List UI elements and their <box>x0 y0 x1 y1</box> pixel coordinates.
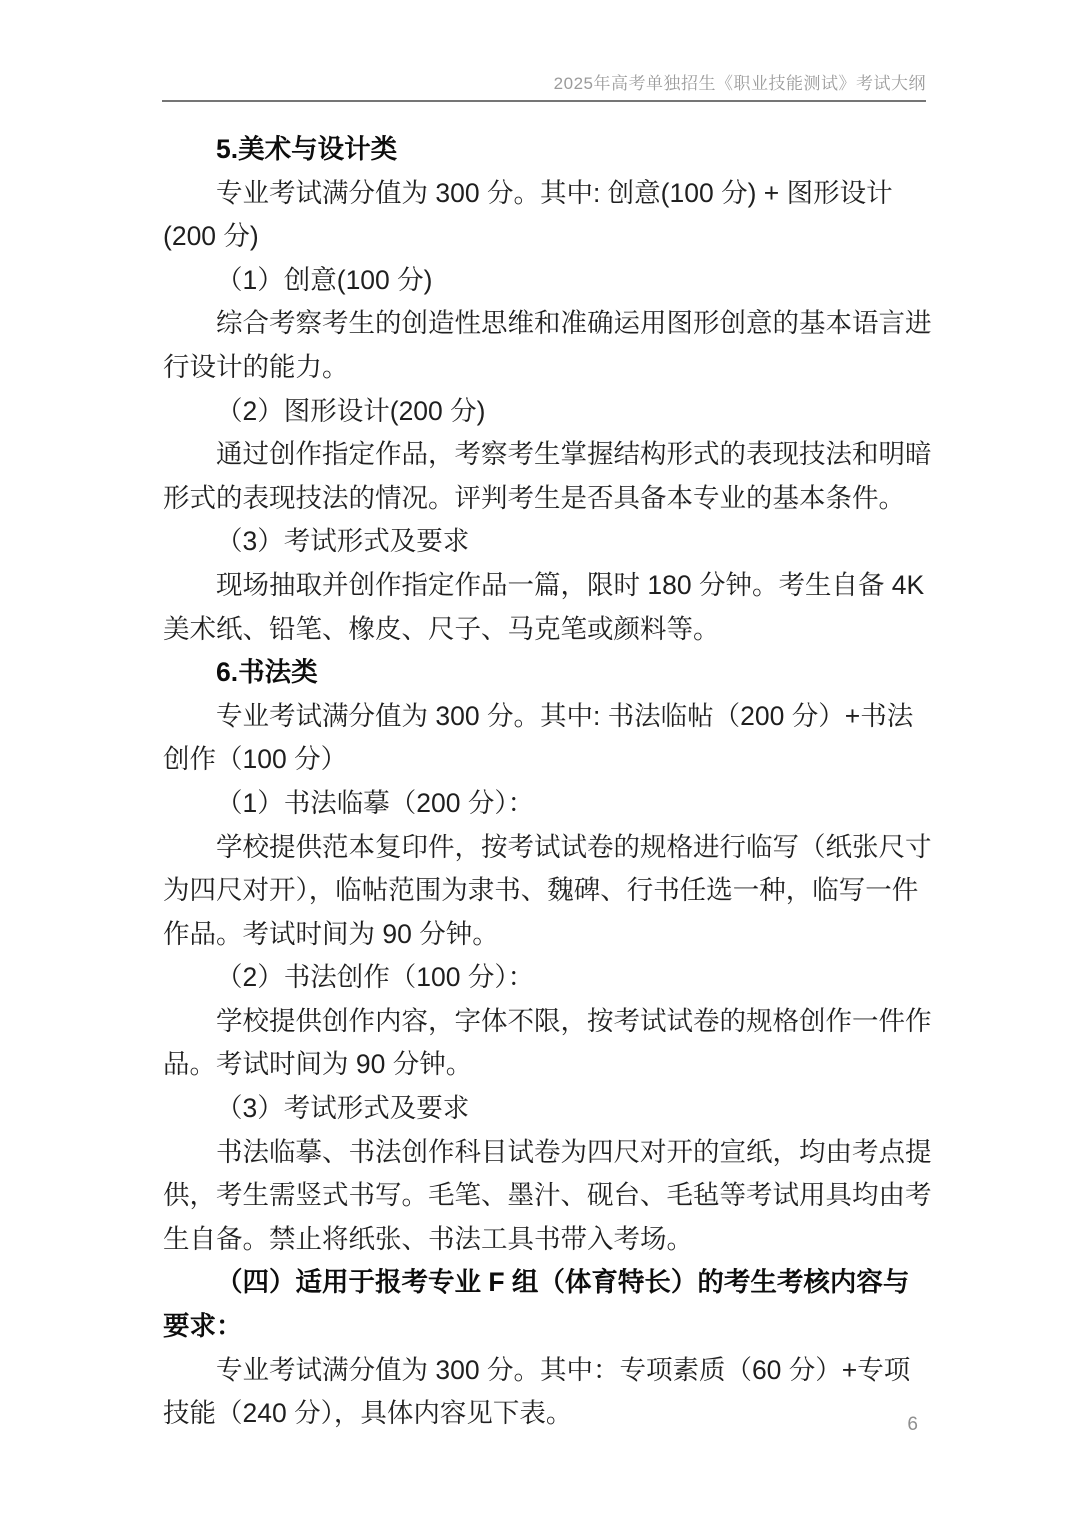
section-5-intro-paragraph: 专业考试满分值为 300 分。其中: 创意(100 分) + 图形设计(200 … <box>163 172 935 259</box>
section-6-item-2-body: 学校提供创作内容，字体不限，按考试试卷的规格创作一件作品。考试时间为 90 分钟… <box>163 1000 935 1087</box>
section-5-item-1: （1）创意(100 分) <box>163 259 935 303</box>
page-number: 6 <box>907 1414 918 1436</box>
section-5-item-3-body: 现场抽取并创作指定作品一篇，限时 180 分钟。考生自备 4K 美术纸、铅笔、橡… <box>163 564 935 651</box>
document-page: 2025年高考单独招生《职业技能测试》考试大纲 5.美术与设计类 专业考试满分值… <box>0 0 1080 1527</box>
section-group-f-heading: （四）适用于报考专业 F 组（体育特长）的考生考核内容与要求： <box>163 1261 935 1348</box>
section-6-item-3: （3）考试形式及要求 <box>163 1087 935 1131</box>
section-6-item-3-body: 书法临摹、书法创作科目试卷为四尺对开的宣纸，均由考点提供，考生需竖式书写。毛笔、… <box>163 1131 935 1262</box>
section-6-intro-paragraph: 专业考试满分值为 300 分。其中: 书法临帖（200 分）+书法创作（100 … <box>163 695 935 782</box>
section-6-heading: 6.书法类 <box>163 651 935 695</box>
section-group-f-paragraph: 专业考试满分值为 300 分。其中：专项素质（60 分）+专项技能（240 分）… <box>163 1349 935 1436</box>
section-5-heading: 5.美术与设计类 <box>163 128 935 172</box>
section-5-item-1-body: 综合考察考生的创造性思维和准确运用图形创意的基本语言进行设计的能力。 <box>163 302 935 389</box>
section-5-item-3: （3）考试形式及要求 <box>163 520 935 564</box>
section-5-item-2: （2）图形设计(200 分) <box>163 390 935 434</box>
header-divider-line <box>162 100 926 102</box>
section-6-item-1: （1）书法临摹（200 分）： <box>163 782 935 826</box>
document-body: 5.美术与设计类 专业考试满分值为 300 分。其中: 创意(100 分) + … <box>163 128 935 1436</box>
page-header-title: 2025年高考单独招生《职业技能测试》考试大纲 <box>554 74 926 94</box>
section-5-item-2-body: 通过创作指定作品，考察考生掌握结构形式的表现技法和明暗形式的表现技法的情况。评判… <box>163 433 935 520</box>
section-6-item-1-body: 学校提供范本复印件，按考试试卷的规格进行临写（纸张尺寸为四尺对开），临帖范围为隶… <box>163 826 935 957</box>
section-6-item-2: （2）书法创作（100 分）： <box>163 956 935 1000</box>
